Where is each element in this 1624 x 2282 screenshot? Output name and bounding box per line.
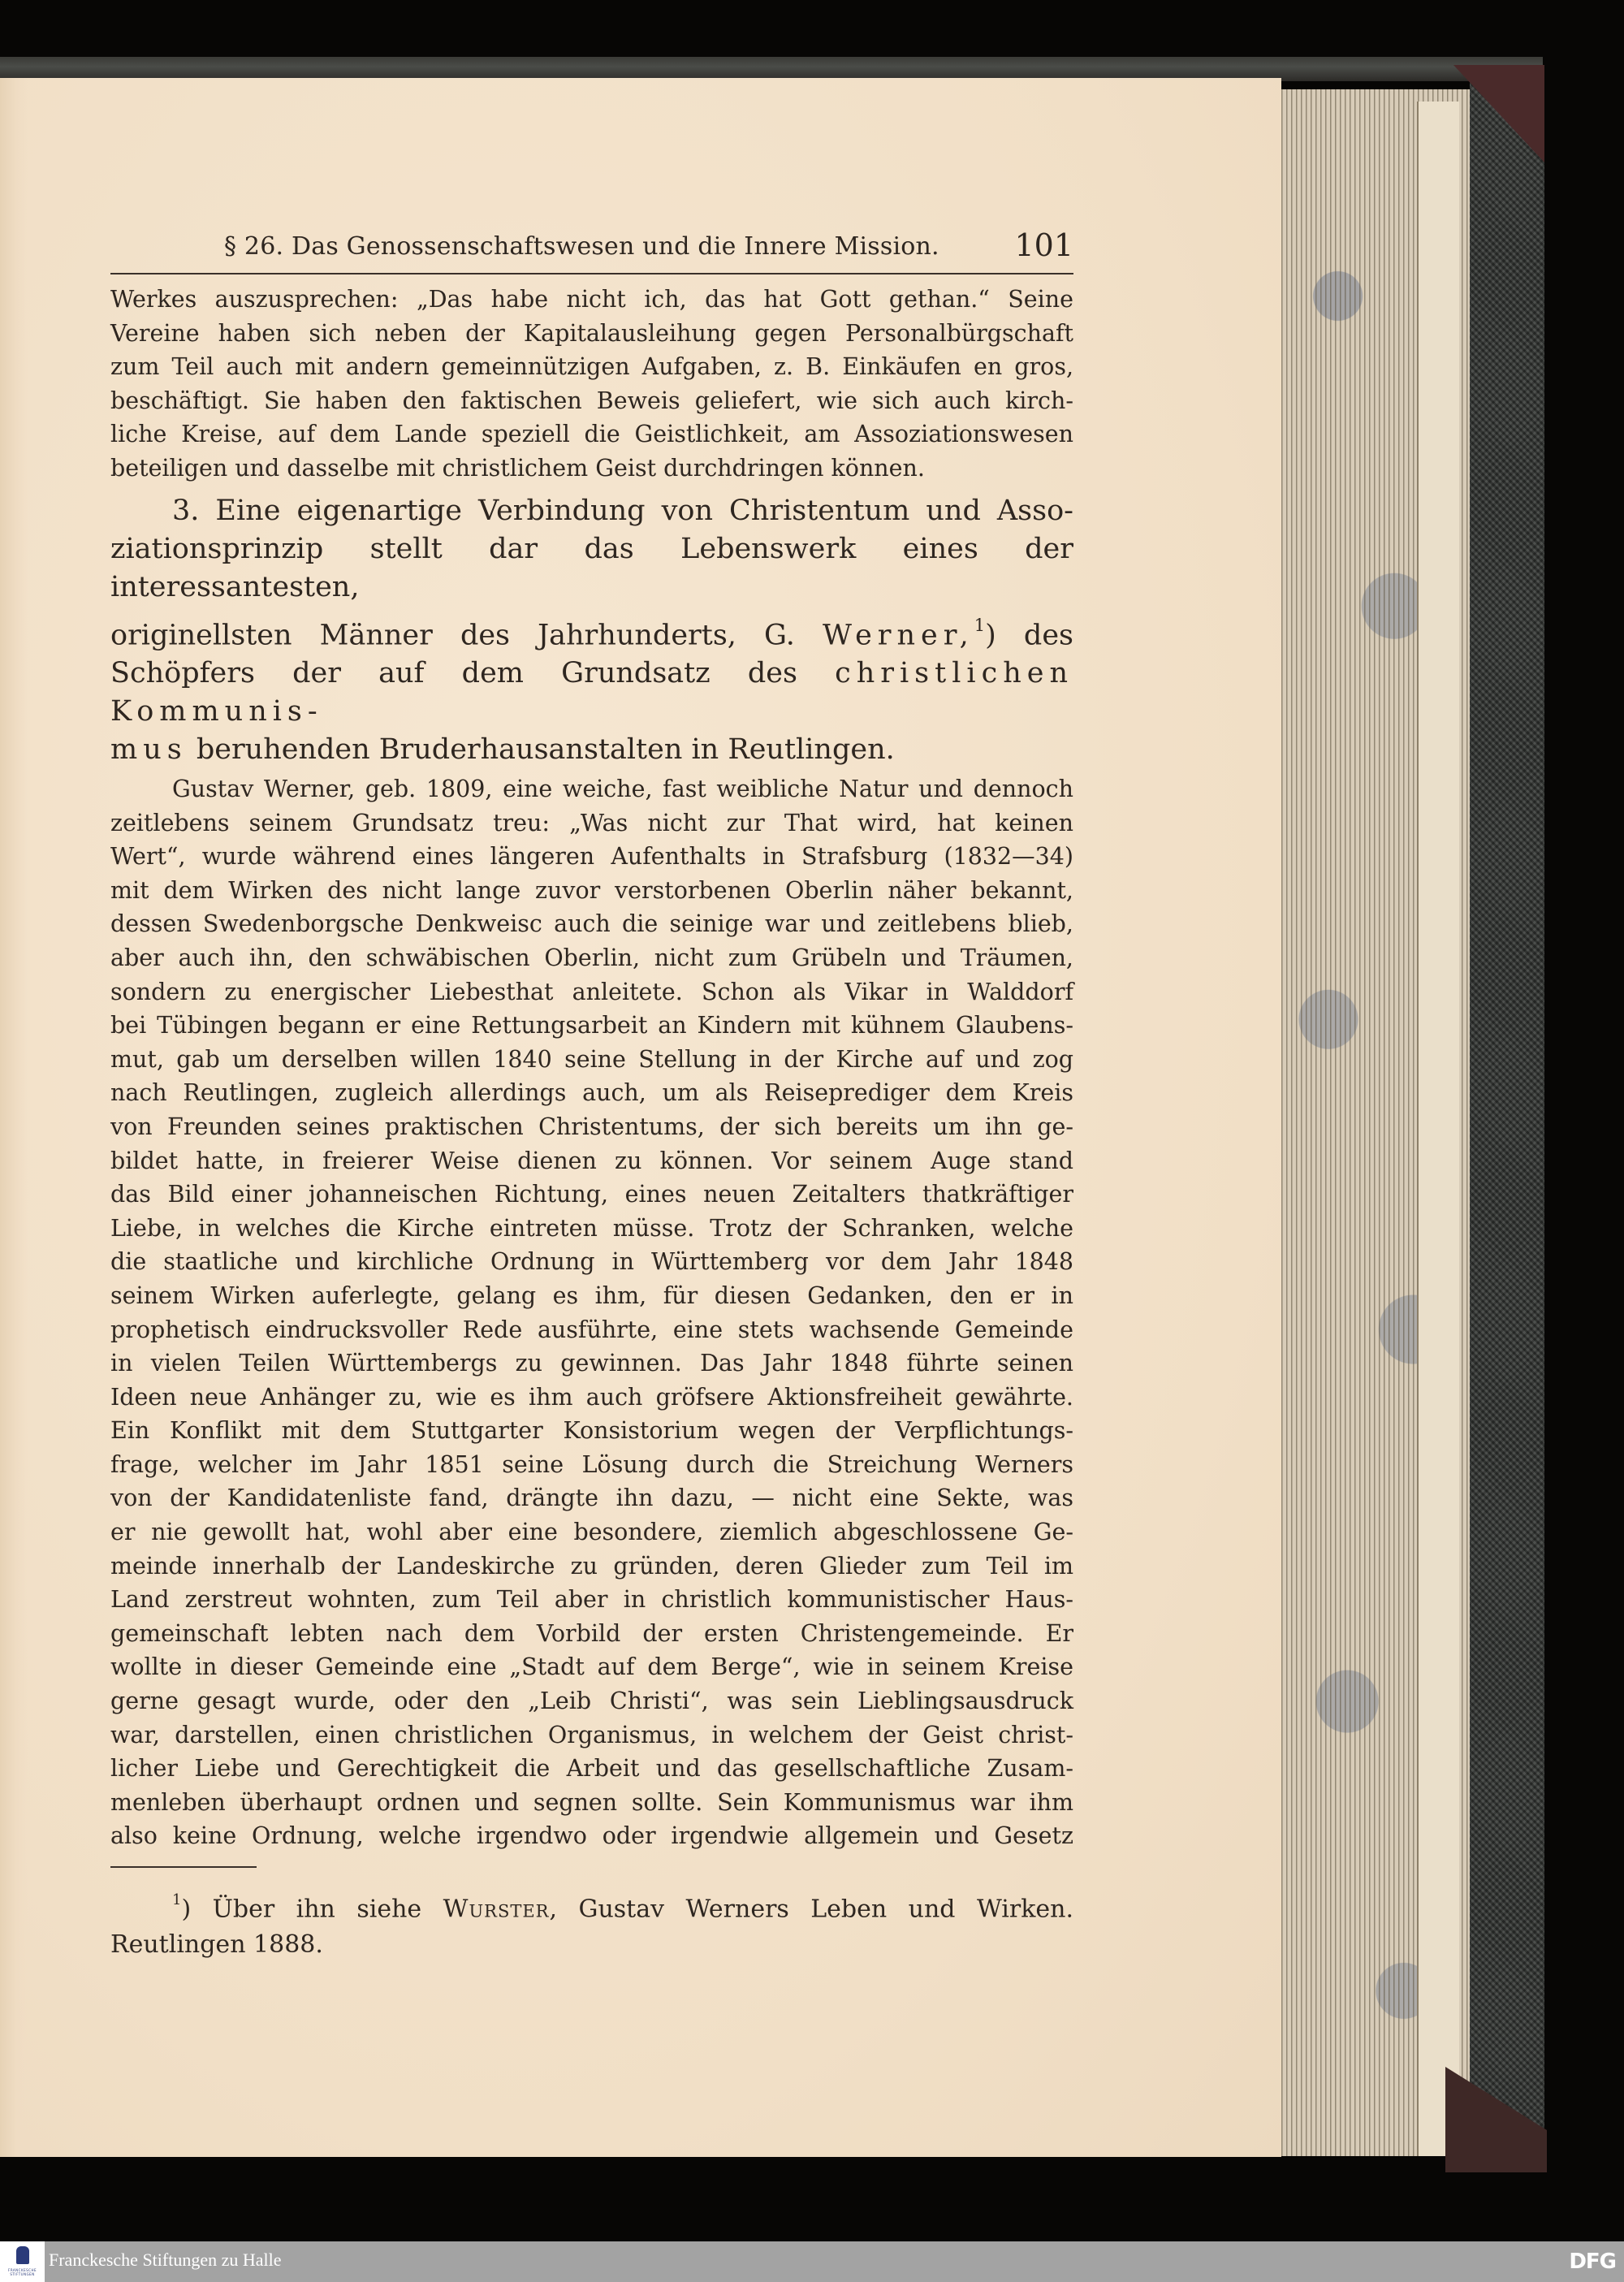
text-line: Ideen neue Anhänger zu, wie es ihm auch … (110, 1381, 1073, 1415)
text-line: gemeinschaft lebten nach dem Vorbild der… (110, 1617, 1073, 1651)
footnote-rule (110, 1866, 257, 1868)
text-line: menleben überhaupt ordnen und segnen sol… (110, 1786, 1073, 1820)
footnote-line: 1) Über ihn siehe Wurster, Gustav Werner… (110, 1882, 1073, 1927)
running-head: § 26. Das Genossenschaftswesen und die I… (110, 227, 1073, 270)
text-line: beschäftigt. Sie haben den faktischen Be… (110, 384, 1073, 418)
text-line: seinem Wirken auferlegte, gelang es ihm,… (110, 1279, 1073, 1313)
text-run: ) Über ihn siehe (181, 1895, 443, 1923)
text-line: Liebe, in welches die Kirche eintreten m… (110, 1212, 1073, 1246)
text-line: Wert“, wurde während eines längeren Aufe… (110, 840, 1073, 874)
text-line: prophetisch eindrucksvoller Rede ausführ… (110, 1313, 1073, 1347)
text-line: licher Liebe und Gerechtigkeit die Arbei… (110, 1752, 1073, 1786)
text-run: Schöpfers der auf dem Grundsatz des (110, 657, 835, 689)
text-line: von Freunden seines praktischen Christen… (110, 1110, 1073, 1144)
running-head-title: § 26. Das Genossenschaftswesen und die I… (224, 232, 939, 261)
paragraph-1: Werkes auszusprechen: „Das habe nicht ic… (110, 283, 1073, 486)
gutter-shadow (0, 78, 28, 2157)
book-cover-edge (1470, 78, 1544, 2165)
text-line: in vielen Teilen Württembergs zu gewinne… (110, 1346, 1073, 1381)
text-line: aber auch ihn, den schwäbischen Oberlin,… (110, 941, 1073, 975)
text-column: § 26. Das Genossenschaftswesen und die I… (110, 227, 1073, 1963)
text-run: beruhenden Bruderhausanstalten in Reutli… (188, 733, 895, 766)
text-line: meinde innerhalb der Landeskirche zu grü… (110, 1549, 1073, 1584)
text-line: liche Kreise, auf dem Lande speziell die… (110, 417, 1073, 452)
text-run: ) des (985, 619, 1073, 651)
text-line: 3. Eine eigenartige Verbindung von Chris… (110, 492, 1073, 530)
header-rule (110, 273, 1073, 274)
text-line: bei Tübingen begann er eine Rettungsarbe… (110, 1009, 1073, 1043)
footnote: 1) Über ihn siehe Wurster, Gustav Werner… (110, 1882, 1073, 1963)
text-run: , Gustav Werners Leben und Wirken. (550, 1895, 1074, 1923)
text-line: ziationsprinzip stellt dar das Lebenswer… (110, 530, 1073, 607)
paragraph-2-section-3: 3. Eine eigenartige Verbindung von Chris… (110, 492, 1073, 769)
text-line: frage, welcher im Jahr 1851 seine Lösung… (110, 1448, 1073, 1482)
text-line: die staatliche und kirchliche Ordnung in… (110, 1245, 1073, 1279)
footnote-author: Wurster (443, 1895, 550, 1923)
text-line: mit dem Wirken des nicht lange zuvor ver… (110, 874, 1073, 908)
text-line: mus beruhenden Bruderhausanstalten in Re… (110, 731, 1073, 769)
spaced-name-werner: Werner, (823, 619, 974, 651)
text-line: dessen Swedenborgsche Denkweisc auch die… (110, 907, 1073, 941)
text-line: Werkes auszusprechen: „Das habe nicht ic… (110, 283, 1073, 317)
dfg-logo[interactable]: DFG (1569, 2250, 1616, 2274)
text-line: Gustav Werner, geb. 1809, eine weiche, f… (110, 772, 1073, 806)
text-line: das Bild einer johanneischen Richtung, e… (110, 1178, 1073, 1212)
text-line: gerne gesagt wurde, oder den „Leib Chris… (110, 1684, 1073, 1718)
paragraph-3: Gustav Werner, geb. 1809, eine weiche, f… (110, 772, 1073, 1853)
text-line: originellsten Männer des Jahrhunderts, G… (110, 607, 1073, 655)
page-number: 101 (1014, 227, 1073, 263)
text-line: zeitlebens seinem Grundsatz treu: „Was n… (110, 806, 1073, 841)
spaced-term: mus (110, 733, 188, 766)
text-line: Land zerstreut wohnten, zum Teil aber in… (110, 1583, 1073, 1617)
text-line: war, darstellen, einen christlichen Orga… (110, 1718, 1073, 1753)
franckesche-stiftungen-logo[interactable]: FRANCKESCHE STIFTUNGEN (0, 2241, 45, 2282)
text-line: also keine Ordnung, welche irgendwo oder… (110, 1819, 1073, 1853)
text-run: originellsten Männer des Jahrhunderts, G… (110, 619, 823, 651)
text-line: Ein Konflikt mit dem Stuttgarter Konsist… (110, 1414, 1073, 1448)
text-line: mut, gab um derselben willen 1840 seine … (110, 1043, 1073, 1077)
text-line: wollte in dieser Gemeinde eine „Stadt au… (110, 1650, 1073, 1684)
text-line: Vereine haben sich neben der Kapitalausl… (110, 317, 1073, 351)
text-line: zum Teil auch mit andern gemeinnützigen … (110, 350, 1073, 384)
text-line: er nie gewollt hat, wohl aber eine beson… (110, 1515, 1073, 1549)
footnote-line: Reutlingen 1888. (110, 1927, 1073, 1963)
footnote-ref[interactable]: 1 (974, 616, 985, 635)
logo-caption-line: STIFTUNGEN (2, 2272, 43, 2276)
text-line: nach Reutlingen, zugleich allerdings auc… (110, 1076, 1073, 1110)
text-line: von der Kandidatenliste fand, drängte ih… (110, 1481, 1073, 1515)
text-line: sondern zu energischer Liebesthat anleit… (110, 975, 1073, 1009)
text-line: beteiligen und dasselbe mit christlichem… (110, 452, 1073, 486)
institution-name: Franckesche Stiftungen zu Halle (49, 2250, 282, 2271)
footnote-marker: 1 (172, 1891, 181, 1908)
logo-figure-icon (16, 2246, 29, 2264)
page-edge-flyleaf (1417, 102, 1459, 2156)
text-line: Schöpfers der auf dem Grundsatz des chri… (110, 655, 1073, 731)
text-line: bildet hatte, in freierer Weise dienen z… (110, 1144, 1073, 1178)
viewer-footer-bar: FRANCKESCHE STIFTUNGEN Franckesche Stift… (0, 2241, 1624, 2282)
logo-caption: FRANCKESCHE STIFTUNGEN (2, 2268, 43, 2276)
